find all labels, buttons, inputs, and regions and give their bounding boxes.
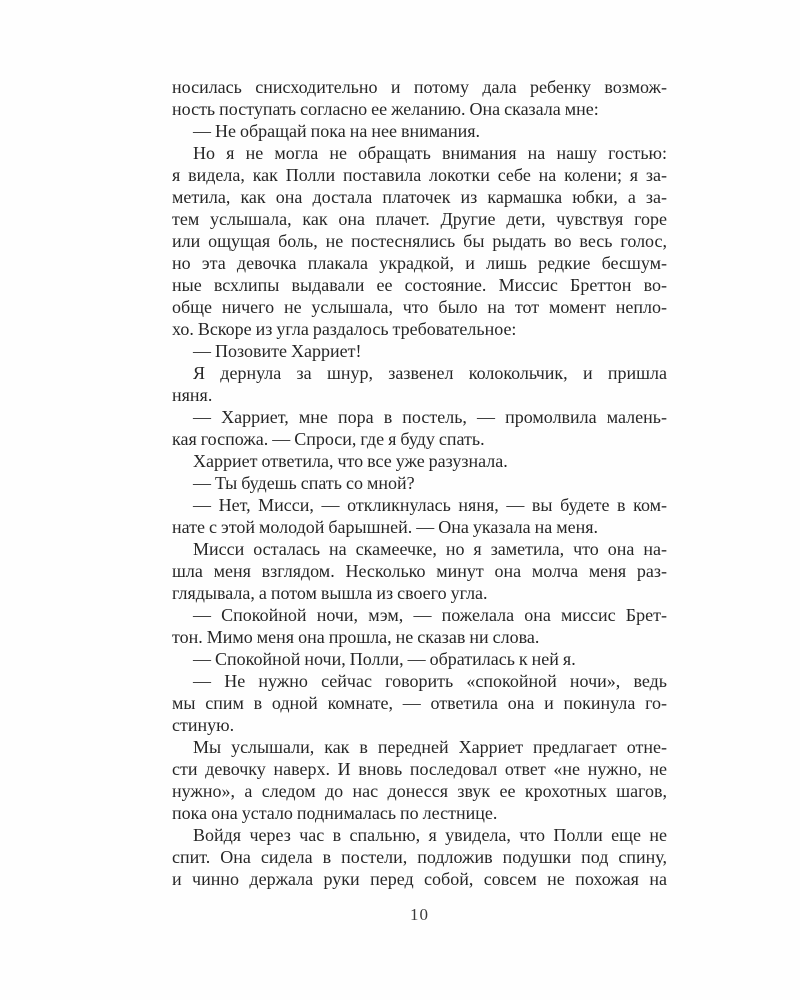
text-line: Я дернула за шнур, зазвенел колокольчик,… (172, 362, 667, 384)
text-line: нужно», а следом до нас донесся звук ее … (172, 780, 667, 802)
text-line: Мисси осталась на скамеечке, но я замети… (172, 538, 667, 560)
text-line: — Нет, Мисси, — откликнулась няня, — вы … (172, 494, 667, 516)
paragraph: — Не обращай пока на нее внимания. (172, 120, 667, 142)
text-line: — Спокойной ночи, Полли, — обратилась к … (172, 648, 667, 670)
page-text: носилась снисходительно и потому дала ре… (172, 76, 667, 890)
text-line: — Не обращай пока на нее внимания. (172, 120, 667, 142)
text-line: ность поступать согласно ее желанию. Она… (172, 98, 667, 120)
text-line: няня. (172, 384, 667, 406)
text-line: тем услышала, как она плачет. Другие дет… (172, 208, 667, 230)
text-line: стиную. (172, 714, 667, 736)
text-line: шла меня взглядом. Несколько минут она м… (172, 560, 667, 582)
text-line: но эта девочка плакала украдкой, и лишь … (172, 252, 667, 274)
text-line: обще ничего не услышала, что было на тот… (172, 296, 667, 318)
paragraph: Мисси осталась на скамеечке, но я замети… (172, 538, 667, 604)
text-line: хо. Вскоре из угла раздалось требователь… (172, 318, 667, 340)
paragraph: Мы услышали, как в передней Харриет пред… (172, 736, 667, 824)
text-line: мы спим в одной комнате, — ответила она … (172, 692, 667, 714)
paragraph: Но я не могла не обращать внимания на на… (172, 142, 667, 340)
paragraph: — Позовите Харриет! (172, 340, 667, 362)
paragraph: — Спокойной ночи, мэм, — пожелала она ми… (172, 604, 667, 648)
paragraph: Я дернула за шнур, зазвенел колокольчик,… (172, 362, 667, 406)
paragraph: Харриет ответила, что все уже разузнала. (172, 450, 667, 472)
text-line: Харриет ответила, что все уже разузнала. (172, 450, 667, 472)
text-line: или ощущая боль, не постеснялись бы рыда… (172, 230, 667, 252)
text-line: Но я не могла не обращать внимания на на… (172, 142, 667, 164)
text-line: метила, как она достала платочек из карм… (172, 186, 667, 208)
paragraph: — Нет, Мисси, — откликнулась няня, — вы … (172, 494, 667, 538)
paragraph: — Не нужно сейчас говорить «спокойной но… (172, 670, 667, 736)
text-line: кая госпожа. — Спроси, где я буду спать. (172, 428, 667, 450)
text-line: спит. Она сидела в постели, подложив под… (172, 846, 667, 868)
paragraph: Войдя через час в спальню, я увидела, чт… (172, 824, 667, 890)
book-page: носилась снисходительно и потому дала ре… (0, 0, 800, 1000)
text-line: Войдя через час в спальню, я увидела, чт… (172, 824, 667, 846)
text-line: глядывала, а потом вышла из своего угла. (172, 582, 667, 604)
text-line: — Ты будешь спать со мной? (172, 472, 667, 494)
text-line: ные всхлипы выдавали ее состояние. Мисси… (172, 274, 667, 296)
text-line: пока она устало поднималась по лестнице. (172, 802, 667, 824)
paragraph: — Спокойной ночи, Полли, — обратилась к … (172, 648, 667, 670)
text-line: носилась снисходительно и потому дала ре… (172, 76, 667, 98)
text-line: — Харриет, мне пора в постель, — промолв… (172, 406, 667, 428)
page-number: 10 (172, 904, 667, 926)
text-line: сти девочку наверх. И вновь последовал о… (172, 758, 667, 780)
text-line: Мы услышали, как в передней Харриет пред… (172, 736, 667, 758)
text-line: — Не нужно сейчас говорить «спокойной но… (172, 670, 667, 692)
text-line: я видела, как Полли поставила локотки се… (172, 164, 667, 186)
text-line: тон. Мимо меня она прошла, не сказав ни … (172, 626, 667, 648)
text-line: и чинно держала руки перед собой, совсем… (172, 868, 667, 890)
paragraph: — Харриет, мне пора в постель, — промолв… (172, 406, 667, 450)
text-line: — Позовите Харриет! (172, 340, 667, 362)
text-line: — Спокойной ночи, мэм, — пожелала она ми… (172, 604, 667, 626)
paragraph: — Ты будешь спать со мной? (172, 472, 667, 494)
text-line: нате с этой молодой барышней. — Она указ… (172, 516, 667, 538)
paragraph: носилась снисходительно и потому дала ре… (172, 76, 667, 120)
